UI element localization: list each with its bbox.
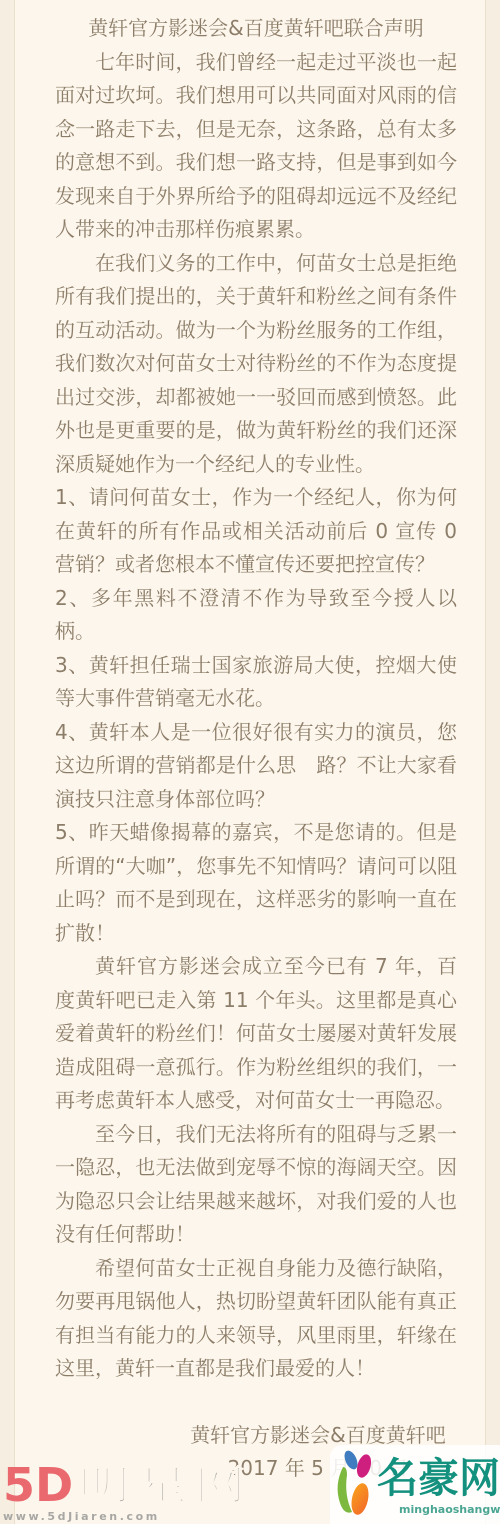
minghao-leaf-face-logo-icon (331, 1449, 381, 1521)
list-item-4: 4、黄轩本人是一位很好很有实力的演员，您这边所谓的营销都是什么思 路？不让大家看… (55, 716, 457, 817)
list-item-1: 1、请问何苗女士，作为一个经纪人，你为何在黄轩的所有作品或相关活动前后 0 宣传… (55, 481, 457, 582)
paragraph-intro-1: 七年时间，我们曾经一起走过平淡也一起面对过坎坷。我们想用可以共同面对风雨的信念一… (55, 46, 457, 247)
mingxing-logo-text: 明星网 (79, 1466, 252, 1506)
minghao-brand-text: 名豪网 (377, 1458, 500, 1499)
list-item-5: 5、昨天蜡像揭幕的嘉宾，不是您请的。但是所谓的“大咖”，您事先不知情吗？请问可以… (55, 816, 457, 950)
statement-body: 黄轩官方影迷会&百度黄轩吧联合声明 七年时间，我们曾经一起走过平淡也一起面对过坎… (55, 12, 457, 1486)
paragraph-intro-2: 在我们义务的工作中，何苗女士总是拒绝所有我们提出的，关于黄轩和粉丝之间有条件的互… (55, 247, 457, 482)
list-item-3: 3、黄轩担任瑞士国家旅游局大使，控烟大使等大事件营销毫无水花。 (55, 649, 457, 716)
watermark-5d-mingxing: 5D明星网 www.5dJiaren.com (3, 1462, 214, 1522)
paragraph-closing-2: 至今日，我们无法将所有的阻碍与乏累一一隐忍，也无法做到宠辱不惊的海阔天空。因为隐… (55, 1118, 457, 1252)
5djiaren-url-text: www.5dJiaren.com (3, 1511, 214, 1522)
paragraph-closing-3: 希望何苗女士正视自身能力及德行缺陷，勿要再甩锅他人，热切盼望黄轩团队能有真正有担… (55, 1252, 457, 1386)
statement-title: 黄轩官方影迷会&百度黄轩吧联合声明 (55, 12, 457, 46)
list-item-2: 2、多年黑料不澄清不作为导致至今授人以柄。 (55, 582, 457, 649)
paragraph-closing-1: 黄轩官方影迷会成立至今已有 7 年，百度黄轩吧已走入第 11 个年头。这里都是真… (55, 950, 457, 1118)
minghao-url-text: minghaoshangwu.com (399, 1504, 500, 1515)
5d-logo-text: 5D (3, 1462, 73, 1508)
